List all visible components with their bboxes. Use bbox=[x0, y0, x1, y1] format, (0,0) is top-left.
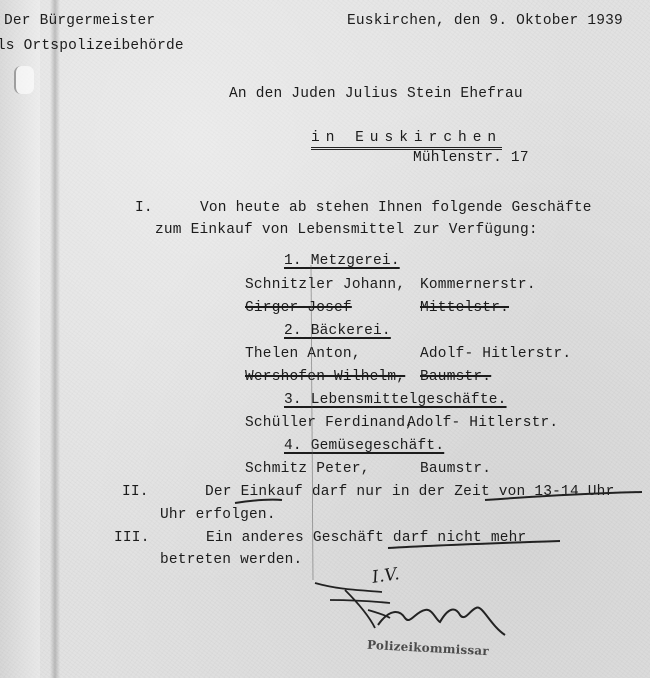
handwritten-initials: I.V. bbox=[371, 566, 401, 586]
signature bbox=[378, 607, 505, 635]
hand-underline-time bbox=[485, 492, 642, 500]
hand-underline-restriction bbox=[388, 541, 560, 548]
hand-stroke bbox=[235, 500, 282, 503]
handwritten-annotations bbox=[0, 0, 650, 678]
pencil-line bbox=[311, 265, 313, 580]
